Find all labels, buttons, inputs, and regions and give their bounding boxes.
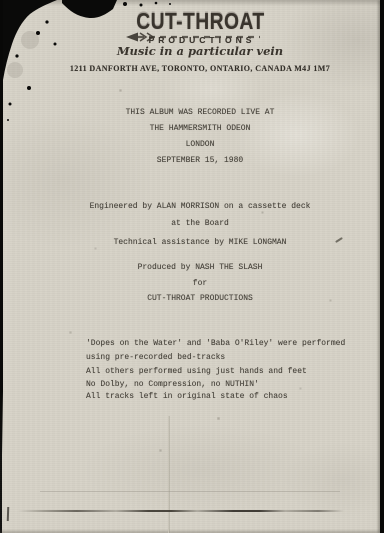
torn-corner (0, 0, 200, 130)
note-line: 'Dopes on the Water' and 'Baba O'Riley' … (86, 337, 384, 351)
note-line: using pre-recorded bed-tracks (86, 351, 384, 365)
recording-line: SEPTEMBER 15, 1980 (16, 153, 384, 169)
paper-specks (0, 0, 1, 1)
credits-block: Engineered by ALAN MORRISON on a cassett… (16, 198, 384, 307)
scanned-album-insert: CUT-THROAT PRODUCTIONS Music in a partic… (0, 0, 384, 533)
faint-fold-line (40, 491, 340, 492)
engineering-credit: Engineered by ALAN MORRISON on a cassett… (16, 198, 384, 232)
left-scan-edge (0, 0, 3, 455)
credit-line: Engineered by ALAN MORRISON on a cassett… (16, 198, 384, 215)
bottom-edge-shadow (0, 529, 384, 533)
credit-line: Produced by NASH THE SLASH (16, 260, 384, 276)
credit-line: CUT-THROAT PRODUCTIONS (16, 291, 384, 307)
credit-line: for (16, 276, 384, 292)
right-scan-edge (380, 0, 384, 533)
vertical-crease (168, 416, 169, 533)
performance-note: All others performed using just hands an… (86, 366, 384, 404)
scratch-line (18, 510, 344, 512)
note-line: No Dolby, no Compression, no NUTHIN' (86, 379, 384, 392)
note-line: All others performed using just hands an… (86, 366, 384, 379)
bed-tracks-note: 'Dopes on the Water' and 'Baba O'Riley' … (86, 337, 384, 365)
note-line: All tracks left in original state of cha… (86, 391, 384, 404)
liner-notes-block: 'Dopes on the Water' and 'Baba O'Riley' … (16, 337, 384, 404)
producer-credit: Produced by NASH THE SLASH for CUT-THROA… (16, 260, 384, 307)
technical-credit: Technical assistance by MIKE LONGMAN (16, 235, 384, 251)
credit-line: Technical assistance by MIKE LONGMAN (16, 235, 384, 251)
recording-line: LONDON (16, 137, 384, 153)
credit-line: at the Board (16, 215, 384, 232)
